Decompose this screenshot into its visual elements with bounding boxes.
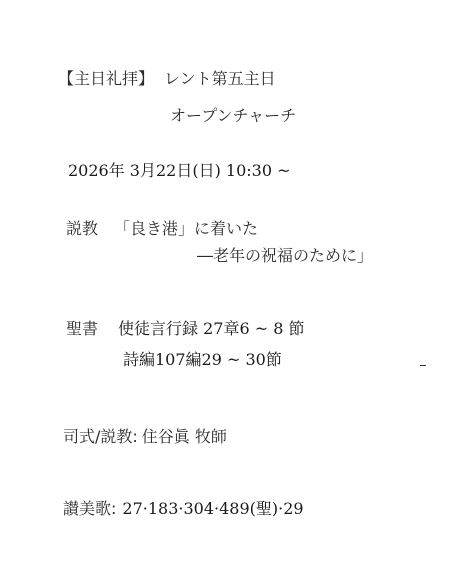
header-line: 【主日礼拝】レント第五主日 [58,69,276,89]
officiant-name: 住谷眞 牧師 [142,427,227,446]
sermon-line: 説教「良き港」に着いた [66,219,258,239]
service-subtitle: オープンチャーチ [170,106,296,126]
scripture-reading-1: 使徒言行録 27章6 ~ 8 節 [118,319,304,338]
officiant-label: 司式/説教: [63,427,138,446]
scripture-label: 聖書 [66,319,98,339]
sermon-label: 説教 [66,219,98,239]
hymn-numbers: 27·183·304·489(聖)·29 [122,499,303,518]
hymns-line: 讃美歌:27·183·304·489(聖)·29 [63,499,304,519]
service-title: レント第五主日 [164,69,276,88]
service-datetime: 2026年 3月22日(日) 10:30 ~ [68,161,291,181]
hymns-label: 讃美歌: [63,499,116,518]
sermon-title-line2: ―老年の祝福のために」 [197,246,373,266]
officiant-line: 司式/説教:住谷眞 牧師 [63,427,227,447]
stray-dash-mark [420,365,426,366]
scripture-reading-2: 詩編107編29 ~ 30節 [123,350,282,370]
sermon-title-line1: 「良き港」に着いた [114,219,258,238]
service-category: 【主日礼拝】 [58,69,154,89]
scripture-line: 聖書使徒言行録 27章6 ~ 8 節 [66,319,305,339]
